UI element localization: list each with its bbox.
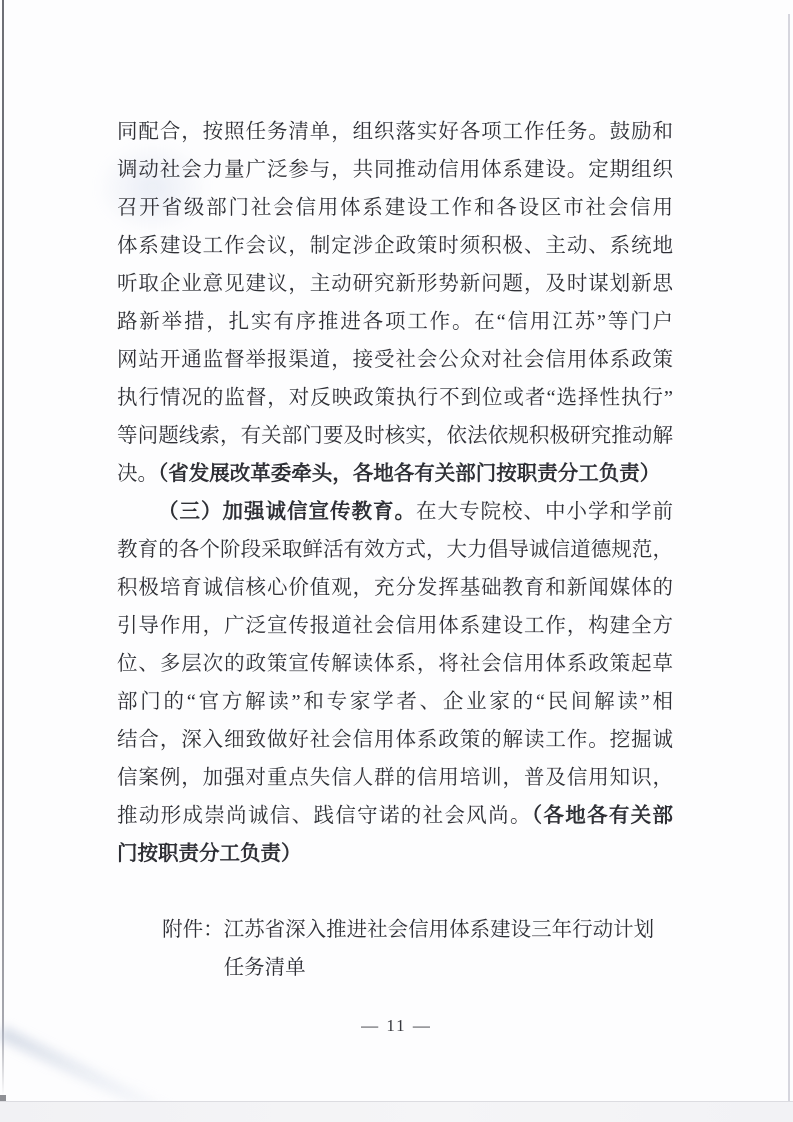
body-text: 路新举措，扎实有序推进各项工作。在“信用江苏”等门户 [117,311,673,333]
body-text: 网站开通监督举报渠道，接受社会公众对社会信用体系政策 [117,349,673,371]
text-line: （三）加强诚信宣传教育。在大专院校、中小学和学前 [117,493,673,531]
emphasis-text: 门按职责分工负责） [117,843,302,865]
page-number: — 11 — [0,1016,793,1036]
text-line: 网站开通监督举报渠道，接受社会公众对社会信用体系政策 [117,341,673,379]
bottom-scan-edge [0,1101,793,1122]
body-text: 调动社会力量广泛参与，共同推动信用体系建设。定期组织 [117,159,673,181]
attachment-line: 任务清单 [117,949,673,987]
body-text: 在大专院校、中小学和学前 [416,501,673,523]
text-line: 体系建设工作会议，制定涉企政策时须积极、主动、系统地 [117,227,673,265]
body-text: 积极培育诚信核心价值观，充分发挥基础教育和新闻媒体的 [117,577,673,599]
document-body: 同配合，按照任务清单，组织落实好各项工作任务。鼓励和调动社会力量广泛参与，共同推… [117,113,673,987]
body-text: 结合，深入细致做好社会信用体系政策的解读工作。挖掘诚 [117,729,673,751]
body-text: 同配合，按照任务清单，组织落实好各项工作任务。鼓励和 [117,121,673,143]
body-text: 执行情况的监督，对反映政策执行不到位或者“选择性执行” [117,387,673,409]
emphasis-text: （三）加强诚信宣传教育。 [158,501,416,523]
body-text: 附件：江苏省深入推进社会信用体系建设三年行动计划 [162,919,654,941]
text-line: 引导作用，广泛宣传报道社会信用体系建设工作，构建全方 [117,607,673,645]
text-line: 位、多层次的政策宣传解读体系，将社会信用体系政策起草 [117,645,673,683]
text-line: 等问题线索，有关部门要及时核实，依法依规积极研究推动解 [117,417,673,455]
text-line: 教育的各个阶段采取鲜活有效方式，大力倡导诚信道德规范， [117,531,673,569]
body-text: 推动形成崇尚诚信、践信守诺的社会风尚。 [117,805,532,827]
text-line: 推动形成崇尚诚信、践信守诺的社会风尚。（各地各有关部 [117,797,673,835]
text-line: 结合，深入细致做好社会信用体系政策的解读工作。挖掘诚 [117,721,673,759]
body-text: 位、多层次的政策宣传解读体系，将社会信用体系政策起草 [117,653,673,675]
text-line: 执行情况的监督，对反映政策执行不到位或者“选择性执行” [117,379,673,417]
body-text: 等问题线索，有关部门要及时核实，依法依规积极研究推动解 [117,425,673,447]
body-text: 任务清单 [224,957,306,979]
body-text: 召开省级部门社会信用体系建设工作和各设区市社会信用 [117,197,673,219]
scanned-page: 同配合，按照任务清单，组织落实好各项工作任务。鼓励和调动社会力量广泛参与，共同推… [0,0,793,1122]
body-text: 决。 [117,463,158,485]
left-scan-edge [2,0,4,1096]
body-text: 教育的各个阶段采取鲜活有效方式，大力倡导诚信道德规范， [117,539,673,561]
body-text: 引导作用，广泛宣传报道社会信用体系建设工作，构建全方 [117,615,673,637]
text-line: 部门的“官方解读”和专家学者、企业家的“民间解读”相 [117,683,673,721]
text-line: 调动社会力量广泛参与，共同推动信用体系建设。定期组织 [117,151,673,189]
emphasis-text: （省发展改革委牵头，各地各有关部门按职责分工负责） [158,463,660,485]
body-text: 体系建设工作会议，制定涉企政策时须积极、主动、系统地 [117,235,673,257]
right-scan-edge [788,14,790,1102]
text-line: 听取企业意见建议，主动研究新形势新问题，及时谋划新思 [117,265,673,303]
emphasis-text: （各地各有关部 [532,805,673,827]
attachment-line: 附件：江苏省深入推进社会信用体系建设三年行动计划 [117,911,673,949]
body-text: 部门的“官方解读”和专家学者、企业家的“民间解读”相 [117,691,673,713]
text-line: 路新举措，扎实有序推进各项工作。在“信用江苏”等门户 [117,303,673,341]
text-line: 召开省级部门社会信用体系建设工作和各设区市社会信用 [117,189,673,227]
text-line [117,873,673,911]
body-text: 信案例，加强对重点失信人群的信用培训，普及信用知识， [117,767,673,789]
text-line: 信案例，加强对重点失信人群的信用培训，普及信用知识， [117,759,673,797]
text-line: 同配合，按照任务清单，组织落实好各项工作任务。鼓励和 [117,113,673,151]
body-text: 听取企业意见建议，主动研究新形势新问题，及时谋划新思 [117,273,673,295]
text-line: 门按职责分工负责） [117,835,673,873]
text-line: 决。（省发展改革委牵头，各地各有关部门按职责分工负责） [117,455,673,493]
text-line: 积极培育诚信核心价值观，充分发挥基础教育和新闻媒体的 [117,569,673,607]
